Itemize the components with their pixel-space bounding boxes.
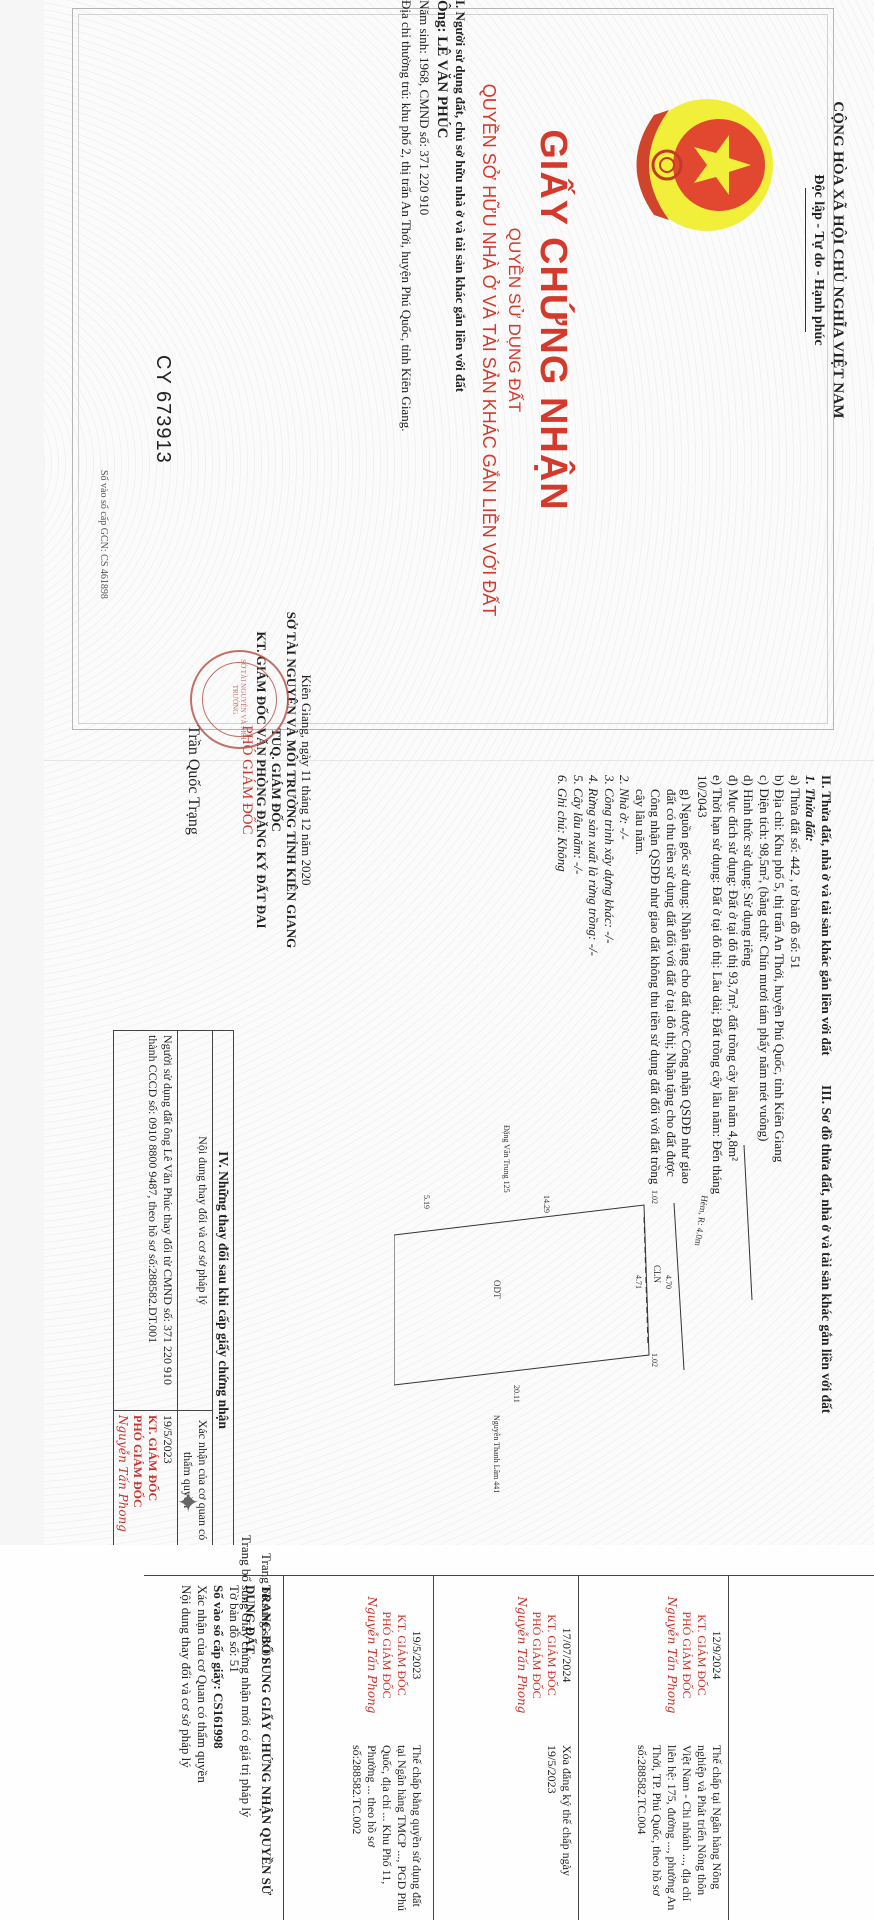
svg-text:1.02: 1.02 [650,1353,659,1367]
svg-text:20.11: 20.11 [512,1385,521,1403]
supp-row-1-confirm: 19/5/2023 KT. GIÁM ĐỐC PHÓ GIÁM ĐỐC Nguy… [365,1585,424,1725]
sign-kt: KT. GIÁM ĐỐC VĂN PHÒNG ĐĂNG KÝ ĐẤT ĐAI [254,520,269,1040]
motto-underline [805,188,806,332]
registry-number: Số vào sổ cấp GCN: CS 461898 [98,470,109,599]
sign-org: SỞ TÀI NGUYÊN VÀ MÔI TRƯỜNG TỈNH KIÊN GI… [284,520,299,1040]
serial-number: CY 673913 [151,355,174,464]
sign-place-date: Kiên Giang, ngày 11 tháng 12 năm 2020 [299,520,314,1040]
supp-row-2-confirm: 17/07/2024 KT. GIÁM ĐỐC PHÓ GIÁM ĐỐC Ngu… [515,1585,574,1725]
certificate-subtitle-2: QUYỀN SỞ HỮU NHÀ Ở VÀ TÀI SẢN KHÁC GẮN L… [478,0,499,700]
svg-text:CLN: CLN [652,1265,662,1284]
national-heading: CỘNG HÒA XÃ HỘI CHỦ NGHĨA VIỆT NAM [829,60,846,460]
sign-name: Trần Quốc Trạng [186,520,201,1040]
owner-block: I. Người sử dụng đất, chủ sở hữu nhà ở v… [397,0,469,760]
col-content-header: Nội dung thay đổi và cơ sở pháp lý [178,1031,213,1411]
owner-id: Năm sinh: 1968, CMND số: 371 220 910 [415,0,433,760]
owner-name: Ông: LÊ VĂN PHÚC [433,0,451,760]
supp-header-block: TRANG BỔ SUNG GIẤY CHỨNG NHẬN QUYỀN SỬ D… [178,1585,274,1915]
change-confirm: 19/5/2023 KT. GIÁM ĐỐC PHÓ GIÁM ĐỐC Nguy… [114,1411,178,1550]
signature-block: Kiên Giang, ngày 11 tháng 12 năm 2020 SỞ… [186,520,314,1040]
svg-text:5.19: 5.19 [422,1195,431,1209]
scanned-document-viewer: CỘNG HÒA XÃ HỘI CHỦ NGHĨA VIỆT NAM Độc l… [0,0,874,1920]
svg-text:Nguyễn Thanh Lâm 441: Nguyễn Thanh Lâm 441 [492,1415,501,1493]
supp-row-2-content: Xóa đăng ký thế chấp ngày 19/5/2023 [544,1745,574,1915]
change-content: Người sử dụng đất ông Lê Văn Phúc thay đ… [114,1031,178,1411]
national-motto: Độc lập - Tự do - Hạnh phúc [810,60,826,460]
certificate-sheet: CỘNG HÒA XÃ HỘI CHỦ NGHĨA VIỆT NAM Độc l… [44,0,874,1545]
certificate-cover: CỘNG HÒA XÃ HỘI CHỦ NGHĨA VIỆT NAM Độc l… [44,0,874,760]
svg-text:4.70: 4.70 [664,1275,673,1289]
sign-tuq: TUQ. GIÁM ĐỐC [269,520,284,1040]
table-row: Người sử dụng đất ông Lê Văn Phúc thay đ… [114,1031,178,1550]
north-arrow-icon: ✦ [170,1490,204,1513]
supp-row-1-content: Thế chấp bằng quyền sử dụng đất tại Ngân… [349,1745,424,1915]
parcel-diagram: Hẻm, R: 4.0m CLN ODT 4.70 4.71 1.02 1.02… [394,1085,814,1545]
svg-text:1.02: 1.02 [650,1190,659,1204]
col-confirm-header: Xác nhận của cơ quan có thẩm quyền [178,1411,213,1550]
supplement-sheet: Trang bổ sung số: 01 Trang bổ sung Giấy … [0,1545,874,1920]
svg-text:ODT: ODT [492,1280,502,1299]
certificate-subtitle-1: QUYỀN SỬ DỤNG ĐẤT [504,0,524,640]
changes-table: IV. Những thay đổi sau khi cấp giấy chứn… [113,1030,234,1550]
section-4-heading: IV. Những thay đổi sau khi cấp giấy chứn… [213,1031,234,1550]
owner-address: Địa chỉ thường trú: khu phố 2, thị trấn … [397,0,415,760]
svg-text:14.29: 14.29 [542,1195,551,1213]
national-emblem-icon [629,90,779,240]
supp-row-3-content: Thế chấp tại Ngân hàng Nông nghiệp và Ph… [634,1745,724,1915]
section-3-heading: III. Sơ đồ thửa đất, nhà ở và tài sản kh… [818,1085,834,1545]
official-stamp: SỞ TÀI NGUYÊN VÀ MÔI TRƯỜNG [190,650,289,749]
svg-text:4.71: 4.71 [634,1275,643,1289]
svg-text:Hẻm, R: 4.0m: Hẻm, R: 4.0m [693,1195,710,1247]
section-4: IV. Những thay đổi sau khi cấp giấy chứn… [94,1030,234,1550]
supp-row-3-confirm: 12/9/2024 KT. GIÁM ĐỐC PHÓ GIÁM ĐỐC Nguy… [665,1585,724,1725]
certificate-title: GIẤY CHỨNG NHẬN [531,0,574,640]
page-fold [44,760,874,761]
svg-text:Đặng Văn Trung 125: Đặng Văn Trung 125 [502,1125,511,1193]
sign-role: PHÓ GIÁM ĐỐC [239,520,254,1040]
owner-heading: I. Người sử dụng đất, chủ sở hữu nhà ở v… [451,0,469,760]
